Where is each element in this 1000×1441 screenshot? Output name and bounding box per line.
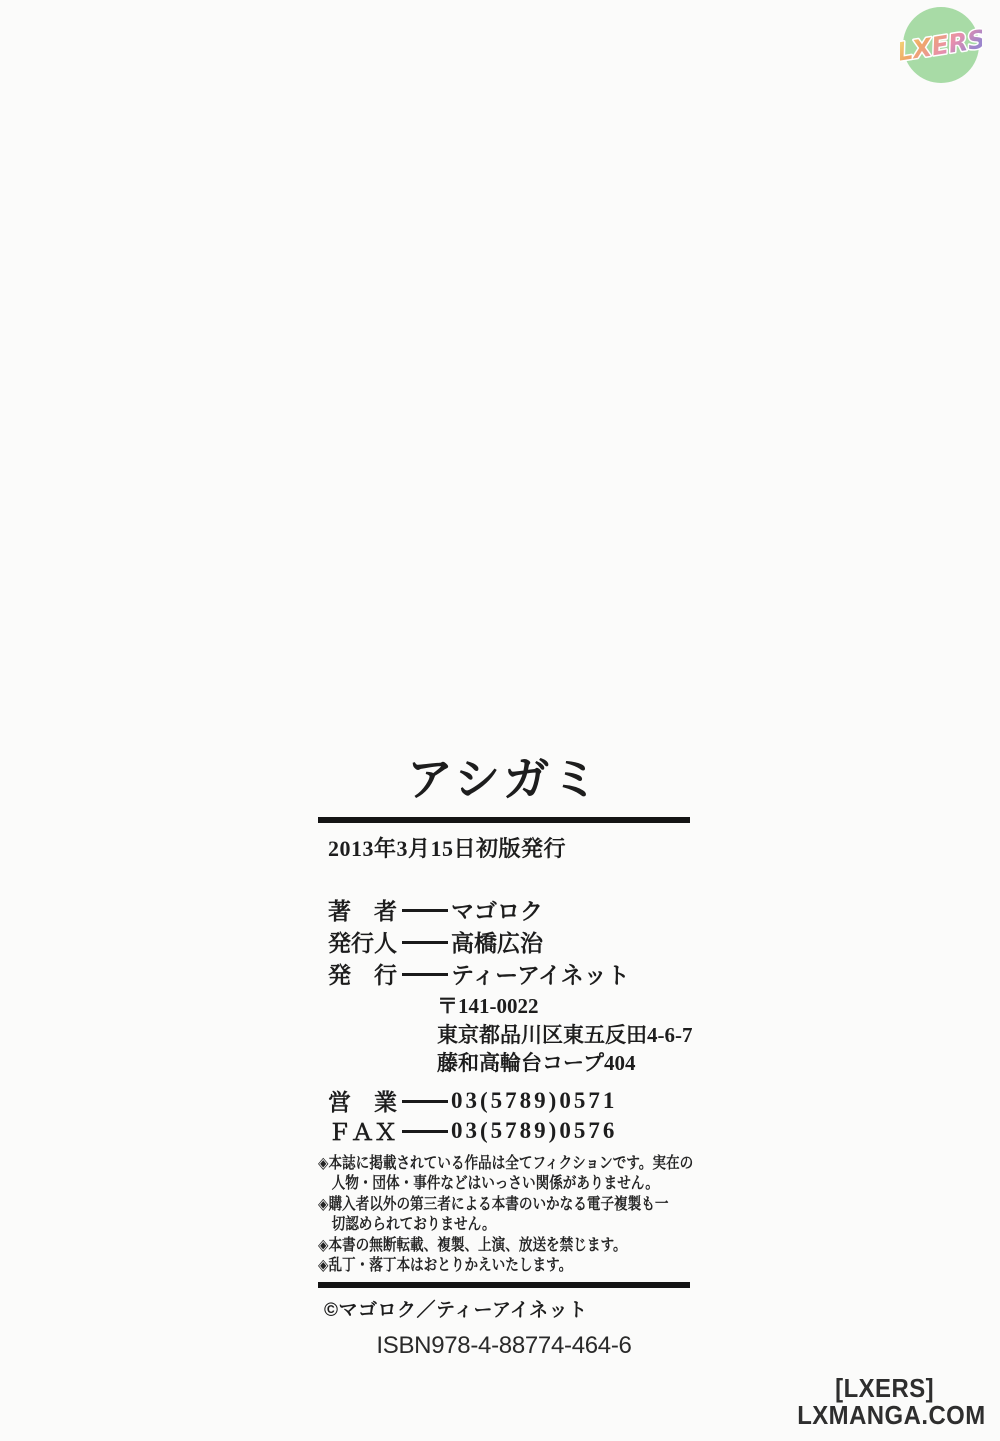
note-line: 人物・団体・事件などはいっさい関係がありません。 bbox=[318, 1174, 634, 1195]
address-line: 藤和高輪台コープ404 bbox=[437, 1049, 690, 1078]
address-line: 東京都品川区東五反田4-6-7 bbox=[437, 1021, 690, 1050]
credit-label: 発行人 bbox=[328, 925, 402, 958]
contact-label: 営 業 bbox=[328, 1084, 402, 1117]
legal-notes: ◈本誌に掲載されている作品は全てフィクションです。実在の 人物・団体・事件などは… bbox=[318, 1154, 690, 1277]
watermark-url: LXMANGA.COM bbox=[797, 1402, 972, 1429]
credit-row-publisher-person: 発行人 高橋広治 bbox=[328, 925, 690, 957]
credit-value: ティーアイネット bbox=[448, 957, 630, 990]
credit-label: 著 者 bbox=[328, 893, 402, 926]
contact-label: ＦＡＸ bbox=[328, 1114, 402, 1147]
dash-line bbox=[402, 1100, 448, 1103]
credit-row-author: 著 者 マゴロク bbox=[328, 893, 690, 925]
phone-number: 03(5789)0576 bbox=[448, 1118, 617, 1144]
divider-bottom bbox=[318, 1282, 690, 1288]
contact-row-sales: 営 業 03(5789)0571 bbox=[328, 1086, 690, 1116]
note-line: ◈乱丁・落丁本はおとりかえいたします。 bbox=[318, 1256, 634, 1277]
watermark-tag: [LXERS] bbox=[797, 1375, 972, 1402]
lxers-logo: LXERS bbox=[900, 6, 982, 84]
isbn-number: ISBN978-4-88774-464-6 bbox=[318, 1332, 690, 1360]
divider-top bbox=[318, 817, 690, 823]
colophon-block: アシガミ 2013年3月15日初版発行 著 者 マゴロク 発行人 高橋広治 発 … bbox=[318, 752, 690, 1360]
dash-line bbox=[402, 973, 448, 976]
note-line: ◈購入者以外の第三者による本書のいかなる電子複製も一 bbox=[318, 1195, 634, 1216]
publisher-address: 〒141-0022 東京都品川区東五反田4-6-7 藤和高輪台コープ404 bbox=[437, 992, 690, 1078]
publication-date: 2013年3月15日初版発行 bbox=[318, 832, 690, 863]
dash-line bbox=[402, 909, 448, 912]
note-line: ◈本書の無断転載、複製、上演、放送を禁じます。 bbox=[318, 1236, 634, 1257]
contact-row-fax: ＦＡＸ 03(5789)0576 bbox=[328, 1116, 690, 1146]
credit-label: 発 行 bbox=[328, 957, 402, 990]
credit-value: 高橋広治 bbox=[448, 925, 543, 958]
credit-row-publisher: 発 行 ティーアイネット bbox=[328, 957, 690, 989]
dash-line bbox=[402, 1130, 448, 1133]
credits-list: 著 者 マゴロク 発行人 高橋広治 発 行 ティーアイネット bbox=[318, 893, 690, 989]
copyright-line: ©マゴロク／ティーアイネット bbox=[318, 1295, 690, 1322]
phone-number: 03(5789)0571 bbox=[448, 1088, 617, 1114]
dash-line bbox=[402, 941, 448, 944]
lxers-logo-graphic: LXERS bbox=[900, 6, 982, 84]
postal-code: 〒141-0022 bbox=[437, 992, 690, 1021]
credit-value: マゴロク bbox=[448, 893, 543, 926]
book-title: アシガミ bbox=[318, 752, 690, 808]
contact-list: 営 業 03(5789)0571 ＦＡＸ 03(5789)0576 bbox=[318, 1086, 690, 1146]
site-watermark: [LXERS] LXMANGA.COM bbox=[797, 1375, 972, 1429]
note-line: ◈本誌に掲載されている作品は全てフィクションです。実在の bbox=[318, 1154, 634, 1175]
note-line: 切認められておりません。 bbox=[318, 1215, 634, 1236]
